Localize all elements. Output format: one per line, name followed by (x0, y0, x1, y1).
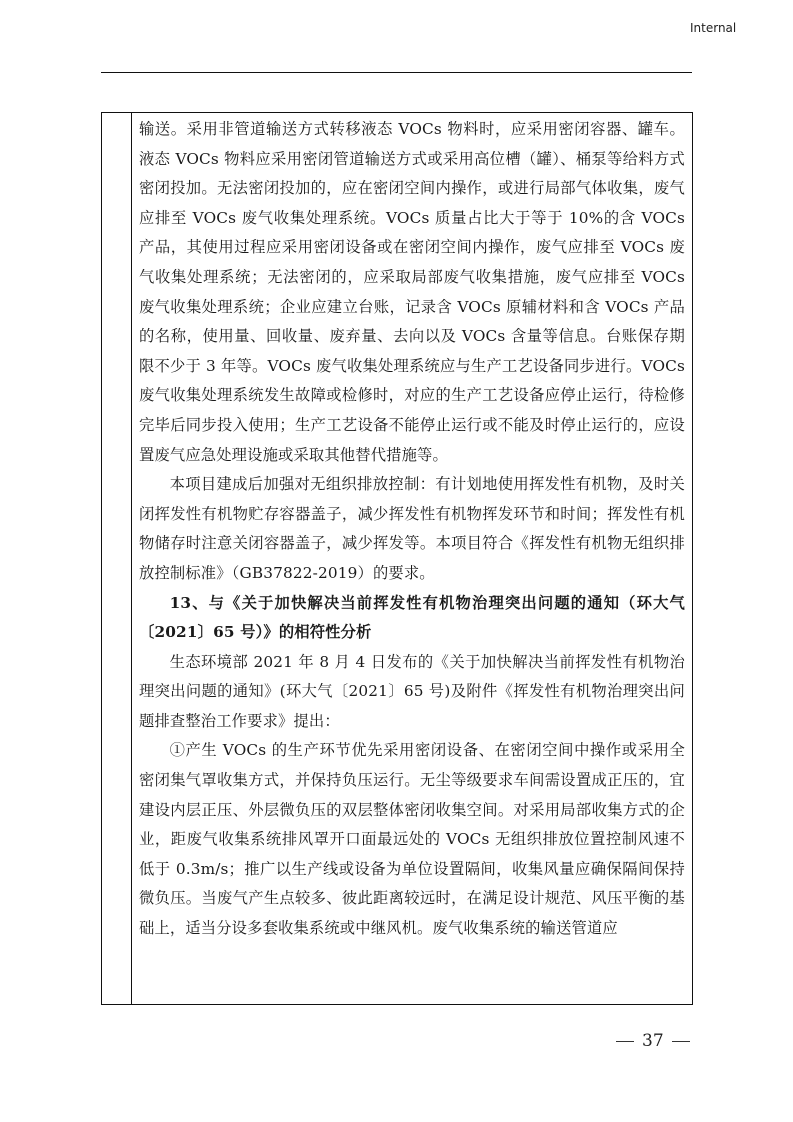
content-table: 输送。采用非管道输送方式转移液态 VOCs 物料时，应采用密闭容器、罐车。液态 … (101, 112, 693, 1005)
page-number-dash-left (616, 1041, 634, 1042)
paragraph-voc-transfer-requirements: 输送。采用非管道输送方式转移液态 VOCs 物料时，应采用密闭容器、罐车。液态 … (139, 115, 685, 470)
page-number-value: 37 (642, 1031, 664, 1051)
header-divider (101, 72, 692, 73)
paragraph-requirement-1: ①产生 VOCs 的生产环节优先采用密闭设备、在密闭空间中操作或采用全密闭集气罩… (139, 736, 685, 943)
section-heading-13: 13、与《关于加快解决当前挥发性有机物治理突出问题的通知（环大气〔2021〕65… (139, 589, 685, 648)
paragraph-project-emission-control: 本项目建成后加强对无组织排放控制：有计划地使用挥发性有机物，及时关闭挥发性有机物… (139, 470, 685, 588)
paragraph-notice-introduction: 生态环境部 2021 年 8 月 4 日发布的《关于加快解决当前挥发性有机物治理… (139, 648, 685, 737)
page-number: 37 (608, 1031, 698, 1051)
table-column-divider (131, 113, 132, 1004)
document-classification-label: Internal (690, 21, 736, 35)
page-number-dash-right (672, 1041, 690, 1042)
table-content-cell: 输送。采用非管道输送方式转移液态 VOCs 物料时，应采用密闭容器、罐车。液态 … (139, 115, 685, 944)
